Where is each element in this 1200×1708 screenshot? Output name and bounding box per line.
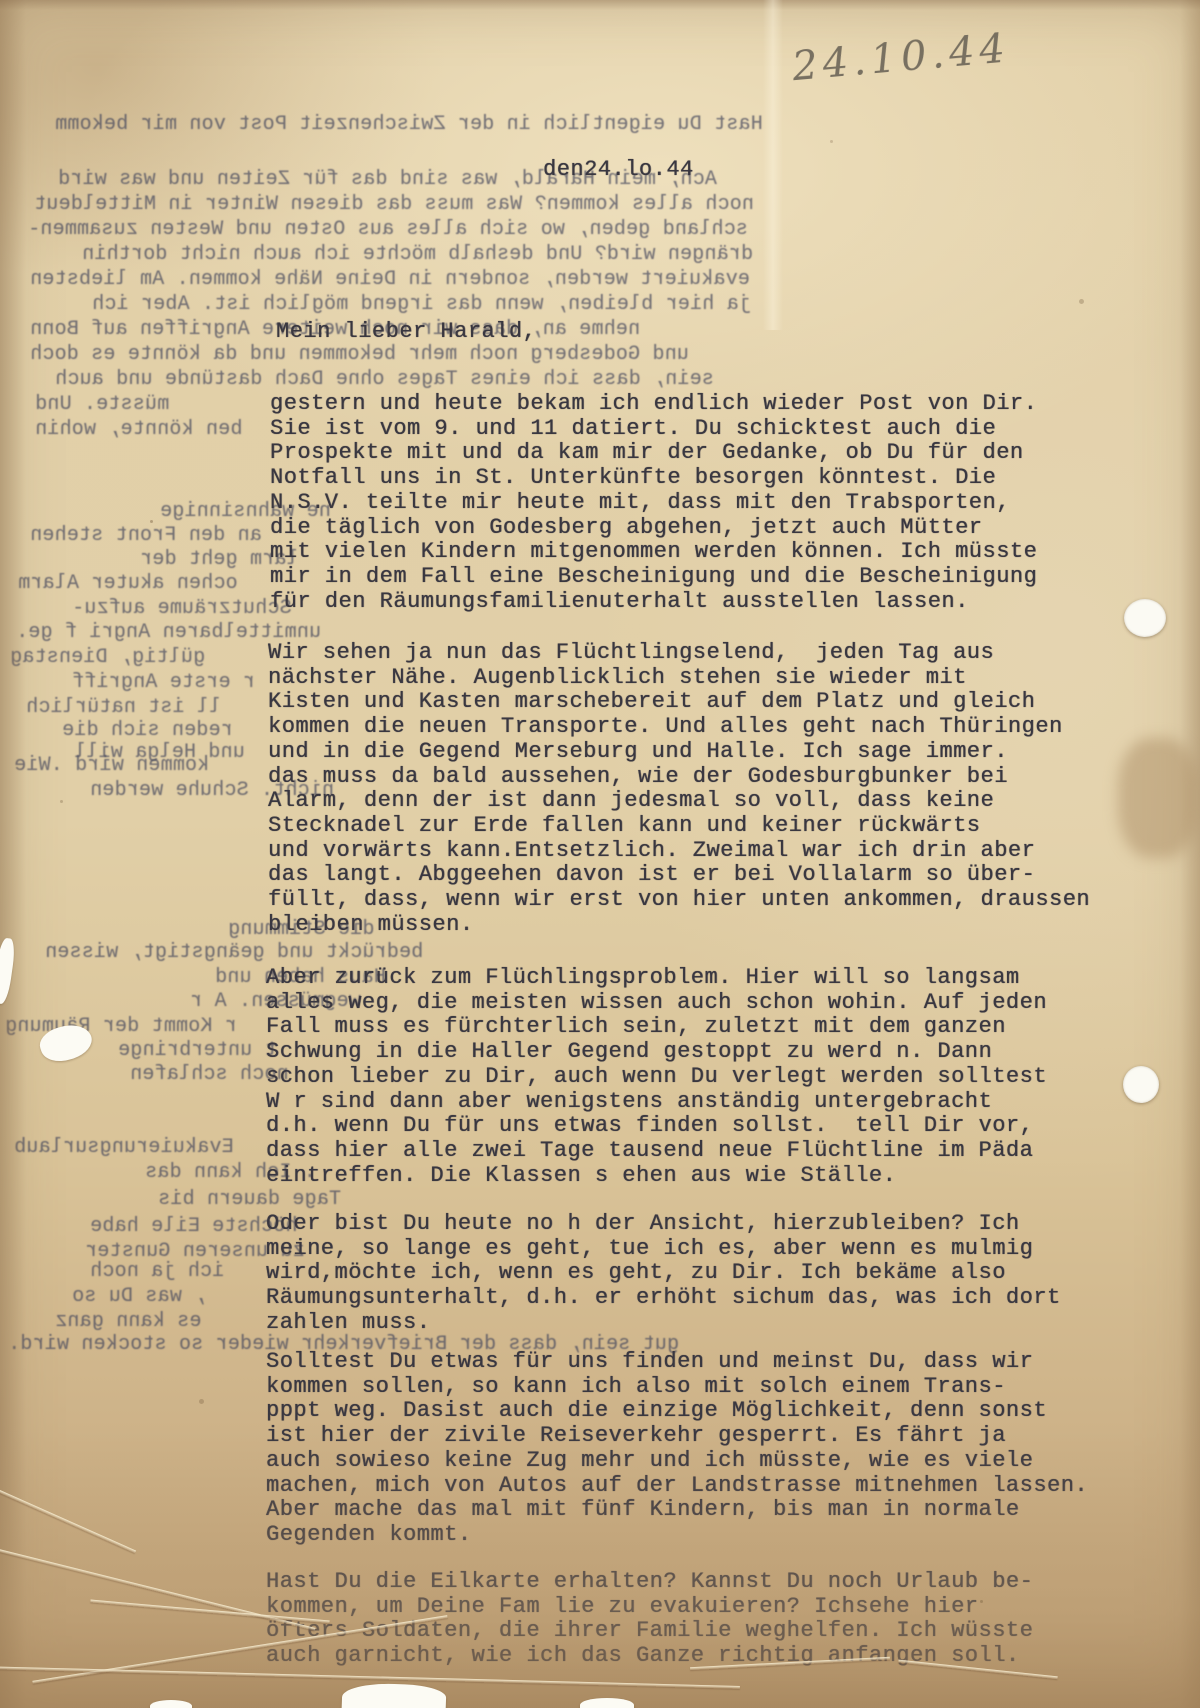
bleedthrough-line: evakuiert werden, sondern in Deine Nähe … bbox=[30, 268, 750, 292]
paper-fold-strip bbox=[763, 0, 783, 330]
paper-edge-left bbox=[0, 0, 26, 1708]
bleedthrough-line: sein, dass ich eines Tages ohne Dach das… bbox=[55, 368, 714, 392]
bleedthrough-line: ochen akuter Alarm bbox=[18, 572, 238, 596]
crease-line bbox=[0, 1490, 136, 1554]
bleedthrough-line: drängen wird? Und deshalb möchte ich auc… bbox=[82, 243, 753, 267]
bleedthrough-line: gültig, Dienstag bbox=[10, 646, 205, 670]
bleedthrough-line: müsste. Und bbox=[35, 393, 169, 417]
bleedthrough-line: es kann ganz bbox=[55, 1310, 201, 1334]
bleedthrough-line: schland geben, wo sich alles aus Osten u… bbox=[28, 218, 748, 242]
letter-paragraph: Hast Du die Eilkarte erhalten? Kannst Du… bbox=[266, 1570, 1033, 1669]
bleedthrough-line: r Kommt der Räumung bbox=[5, 1015, 237, 1039]
bleedthrough-line: kommen wird .Wie bbox=[14, 754, 209, 778]
bleedthrough-line: ja hier bleiben, wenn das irgend möglich… bbox=[92, 293, 751, 317]
tear-bottom-small-2 bbox=[150, 1700, 192, 1708]
bleedthrough-line: Hast Du eigentlich in der Zwischenzeit P… bbox=[55, 113, 763, 137]
paper-speckles bbox=[150, 520, 153, 523]
bleedthrough-line: bedrückt und geängstigt, wissen bbox=[45, 941, 423, 965]
letter-page: Hast Du eigentlich in der Zwischenzeit P… bbox=[0, 0, 1200, 1708]
bleedthrough-line: an den Front stehen bbox=[30, 524, 262, 548]
bleedthrough-line: Evakuierungsurlaub bbox=[14, 1136, 234, 1160]
punch-hole-top bbox=[1124, 599, 1166, 637]
paper-edge-top bbox=[0, 0, 1200, 10]
bleedthrough-line: r erste Angriff bbox=[72, 671, 255, 695]
letter-paragraph: Wir sehen ja nun das Flüchtlingselend, j… bbox=[268, 641, 1090, 937]
bleedthrough-line: noch alles kommen? Was muss das diesen W… bbox=[34, 193, 754, 217]
bleedthrough-line: ben könnte, wohin bbox=[35, 418, 242, 442]
paper-edge-right bbox=[1180, 0, 1200, 1708]
letter-paragraph: Oder bist Du heute no h der Ansicht, hie… bbox=[266, 1212, 1061, 1336]
bleedthrough-line: t unterbringe bbox=[118, 1039, 277, 1063]
tear-right-shade bbox=[1118, 738, 1198, 858]
bleedthrough-line: , was Du so bbox=[72, 1285, 206, 1309]
bleedthrough-line: ll ist natürlich bbox=[26, 696, 221, 720]
tear-bottom-small-1 bbox=[580, 1698, 634, 1708]
handwritten-date-note: 24.10.44 bbox=[790, 28, 983, 90]
bleedthrough-line: reden sich die bbox=[62, 719, 233, 743]
typed-date: den24.lo.44 bbox=[543, 158, 694, 183]
bleedthrough-line: ich ja noch bbox=[90, 1260, 224, 1284]
bleedthrough-line: und Godesberg noch mehr bekommen und da … bbox=[30, 343, 689, 367]
bleedthrough-line: noch schlafen bbox=[130, 1063, 289, 1087]
tear-bottom-big bbox=[342, 1682, 447, 1708]
punch-hole-bottom bbox=[1123, 1066, 1159, 1103]
bleedthrough-line: Tage dauern bis bbox=[158, 1188, 341, 1212]
bleedthrough-line: Schutzräume aufzu- bbox=[72, 597, 292, 621]
salutation: Mein lieber Harald, bbox=[276, 320, 536, 345]
letter-paragraph: Solltest Du etwas für uns finden und mei… bbox=[266, 1350, 1088, 1548]
letter-paragraph: Aber zurück zum Flüchlingsproblem. Hier … bbox=[266, 966, 1047, 1188]
letter-paragraph: gestern und heute bekam ich endlich wied… bbox=[270, 392, 1037, 614]
tear-left-nick bbox=[0, 937, 17, 1005]
